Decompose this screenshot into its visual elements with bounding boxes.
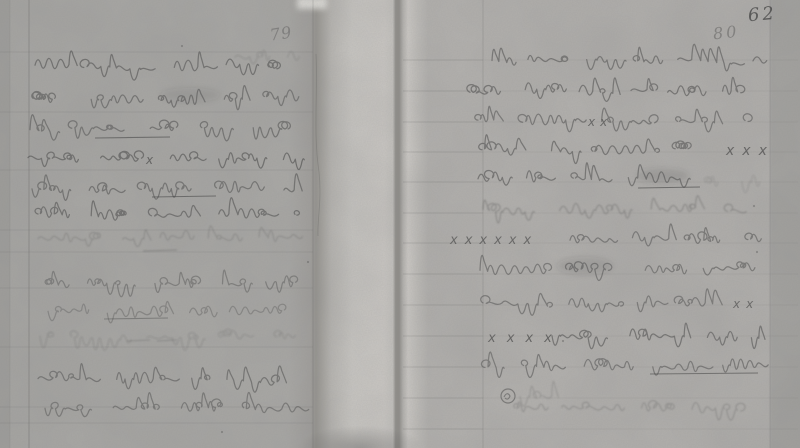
circled-glyph-mark (504, 394, 510, 399)
cross-out-marks: xxxx (487, 331, 563, 346)
handwriting-line (45, 392, 309, 416)
handwriting-line (38, 226, 303, 246)
handwriting-line (481, 289, 722, 315)
handwriting-line (467, 77, 745, 101)
handwriting-line (514, 401, 745, 421)
handwritten-underline (95, 137, 170, 138)
handwritten-underline (638, 187, 700, 188)
handwriting-line (35, 198, 299, 220)
handwriting-line (570, 224, 761, 246)
handwriting-line (479, 135, 691, 164)
handwritten-underline (157, 340, 177, 341)
right-page-number: 80 (712, 24, 740, 43)
cross-out-marks: xxx (725, 143, 775, 159)
handwriting-line (35, 51, 280, 80)
handwriting-line (480, 255, 755, 280)
handwriting-line (492, 44, 767, 71)
handwriting-line (38, 364, 287, 393)
manuscript-scan: xxxxxxxxxxxxxxxxxx 79 80 62 (0, 0, 800, 448)
handwritten-underline (650, 373, 758, 374)
handwritten-underline (143, 250, 177, 251)
cross-out-marks: xxxxxx (449, 233, 538, 248)
handwritten-underline (152, 196, 216, 197)
left-page-number: 79 (269, 24, 294, 43)
cross-out-marks: x (145, 153, 157, 167)
circled-glyph (501, 389, 515, 403)
ink-smudge (637, 169, 689, 183)
handwriting-line (475, 106, 752, 132)
folio-corner-annotation: 62 (747, 3, 778, 26)
cross-out-marks: xx (732, 297, 759, 311)
ink-smudge (557, 257, 613, 275)
handwriting-layer: xxxxxxxxxxxxxxxxxx (0, 0, 800, 448)
handwriting-line (483, 196, 746, 223)
handwriting-line (235, 50, 299, 63)
handwriting-line (28, 151, 304, 170)
handwriting-line (705, 175, 760, 192)
handwriting-normal-group: xxxxxxxxxxxxxxxxxx (28, 44, 775, 416)
handwriting-faded-group (38, 50, 760, 420)
cross-out-marks: xx (587, 115, 612, 129)
handwriting-line (520, 381, 558, 406)
handwriting-line (552, 323, 765, 349)
ink-smudge (160, 88, 220, 102)
handwriting-line (48, 301, 286, 322)
handwriting-line (45, 270, 297, 297)
handwriting-line (40, 329, 295, 350)
